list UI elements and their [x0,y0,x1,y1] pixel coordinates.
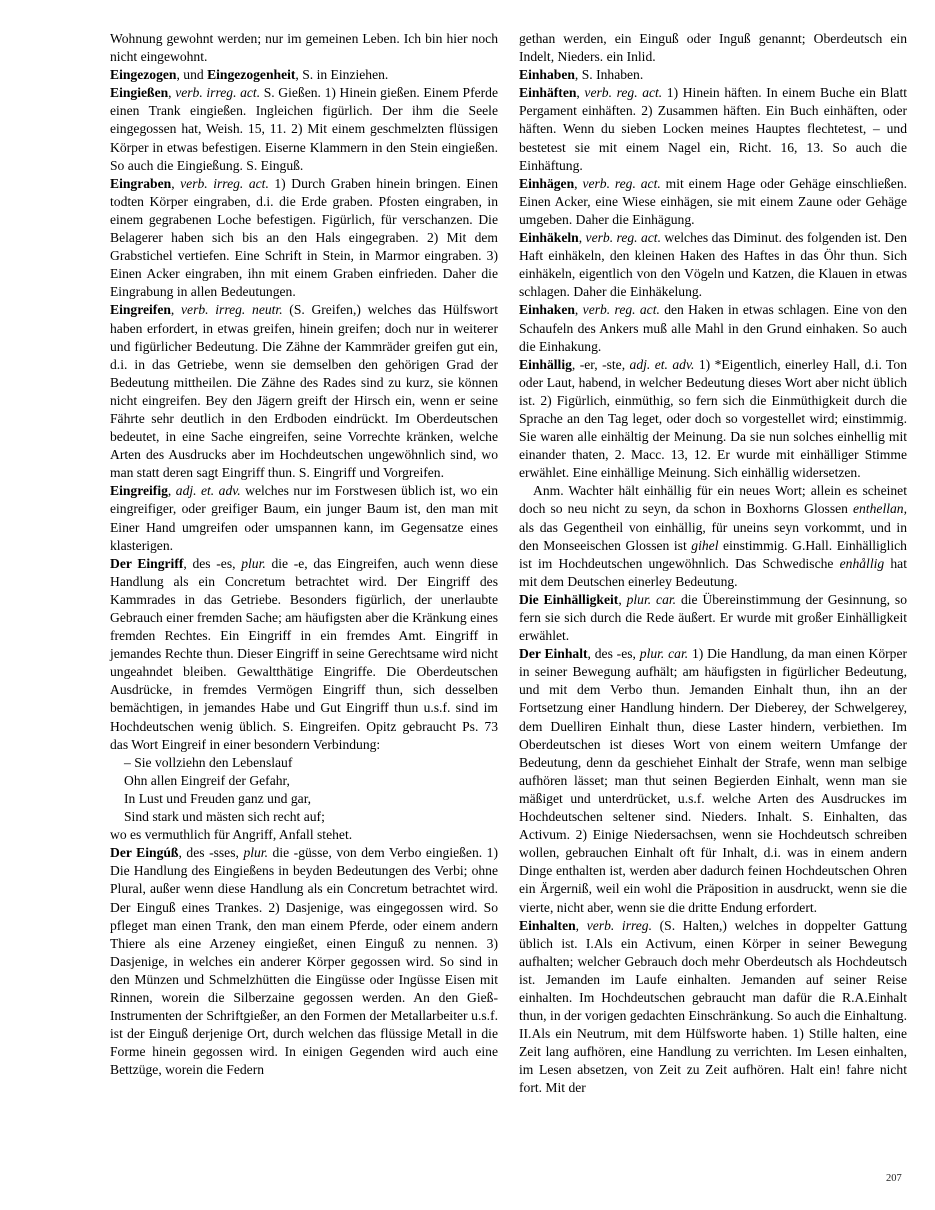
grammar-note: enhållig [840,556,885,571]
entry-text: Sind stark und mästen sich recht auf; [124,809,325,824]
grammar-note: verb. irreg. [587,918,652,933]
grammar-note: verb. irreg. act. [180,176,269,191]
entry-text: 1) Durch Graben hinein bringen. Einen to… [110,176,498,300]
headword: Eingreifen [110,302,171,317]
headword: Einhägen [519,176,574,191]
grammar-note: verb. reg. act. [584,85,662,100]
dictionary-entry: Der Einhalt, des -es, plur. car. 1) Die … [519,645,907,916]
entry-text: , [579,230,586,245]
dictionary-entry: Anm. Wachter hält einhällig für ein neue… [519,482,907,591]
entry-text: gethan werden, ein Einguß oder Inguß gen… [519,31,907,64]
entry-text: In Lust und Freuden ganz und gar, [124,791,311,806]
entry-text: Anm. Wachter hält einhällig für ein neue… [519,483,907,516]
headword: Einhalten [519,918,576,933]
entry-text: Ohn allen Eingreif der Gefahr, [124,773,290,788]
entry-text: , [576,918,587,933]
dictionary-entry: Einhällig, -er, -ste, adj. et. adv. 1) *… [519,356,907,483]
entry-text: die -güsse, von dem Verbo eingie­ßen. 1)… [110,845,498,1077]
grammar-note: adj. et. adv. [630,357,695,372]
entry-text: 1) Die Handlung, da man einen Körper in … [519,646,907,914]
grammar-note: verb. irreg. neutr. [181,302,283,317]
grammar-note: plur. car. [640,646,688,661]
headword: Eingießen [110,85,168,100]
headword: Die Einhälligkeit [519,592,618,607]
entry-text: , [618,592,626,607]
grammar-note: enthellan, [853,501,907,516]
dictionary-entry: Einhaken, verb. reg. act. den Haken in e… [519,301,907,355]
page-number: 207 [886,1173,902,1184]
entry-text: die -e, das Eingreifen, auch wenn diese … [110,556,498,752]
dictionary-entry: Einhalten, verb. irreg. (S. Halten,) wel… [519,917,907,1098]
entry-text: , S. Inhaben. [575,67,643,82]
headword: Der Eingriff [110,556,183,571]
grammar-note: verb. irreg. act. [175,85,260,100]
entry-text: – Sie vollziehn den Lebenslauf [124,755,292,770]
entry-text: , [171,176,180,191]
grammar-note: plur. [243,845,268,860]
entry-text: , -er, -ste, [572,357,630,372]
headword: Einhaben [519,67,575,82]
grammar-note: plur. car. [627,592,676,607]
entry-text: , S. in Einziehen. [295,67,388,82]
dictionary-entry: Der Eingúß, des -sses, plur. die -güsse,… [110,844,498,1079]
entry-text: 1) *Eigentlich, einerley Hall, d.i. Ton … [519,357,907,481]
headword: Einhaken [519,302,575,317]
grammar-note: plur. [241,556,266,571]
dictionary-entry: Wohnung gewohnt werden; nur im gemeinen … [110,30,498,66]
grammar-note: verb. reg. act. [586,230,661,245]
headword: Der Eingúß [110,845,179,860]
entry-text: (S. Greifen,) welches das Hülfswort habe… [110,302,498,480]
dictionary-entry: Einhäkeln, verb. reg. act. welches das D… [519,229,907,301]
entry-text: , und [176,67,207,82]
dictionary-entry: Eingraben, verb. irreg. act. 1) Durch Gr… [110,175,498,302]
dictionary-entry: wo es vermuthlich für Angriff, Anfall st… [110,826,498,844]
verse-line: – Sie vollziehn den Lebenslauf [110,754,498,772]
grammar-note: verb. reg. act. [582,176,660,191]
verse-line: Ohn allen Eingreif der Gefahr, [110,772,498,790]
dictionary-entry: gethan werden, ein Einguß oder Inguß gen… [519,30,907,66]
grammar-note: verb. reg. act. [583,302,660,317]
headword: Der Einhalt [519,646,588,661]
dictionary-entry: Die Einhälligkeit, plur. car. die Überei… [519,591,907,645]
right-column: gethan werden, ein Einguß oder Inguß gen… [519,30,907,1098]
headword: Einhäkeln [519,230,579,245]
verse-line: In Lust und Freuden ganz und gar, [110,790,498,808]
dictionary-entry: Eingezogen, und Eingezogenheit, S. in Ei… [110,66,498,84]
verse-line: Sind stark und mästen sich recht auf; [110,808,498,826]
dictionary-entry: Eingreifig, adj. et. adv. welches nur im… [110,482,498,554]
dictionary-entry: Eingießen, verb. irreg. act. S. Gießen. … [110,84,498,174]
entry-text: wo es vermuthlich für Angriff, Anfall st… [110,827,352,842]
grammar-note: adj. et. adv. [176,483,241,498]
entry-text: Wohnung gewohnt werden; nur im gemeinen … [110,31,498,64]
headword: Einhällig [519,357,572,372]
left-column: Wohnung gewohnt werden; nur im gemeinen … [110,30,498,1079]
entry-text: , des -es, [588,646,640,661]
entry-text: , [575,302,583,317]
entry-text: , des -es, [183,556,241,571]
entry-text: , des -sses, [179,845,244,860]
grammar-note: gihel [691,538,718,553]
dictionary-entry: Einhaben, S. Inhaben. [519,66,907,84]
headword: Eingraben [110,176,171,191]
dictionary-entry: Einhägen, verb. reg. act. mit einem Hage… [519,175,907,229]
entry-text: , [171,302,181,317]
dictionary-entry: Eingreifen, verb. irreg. neutr. (S. Grei… [110,301,498,482]
entry-text: (S. Halten,) welches in doppelter Gat­tu… [519,918,907,1096]
dictionary-entry: Einhäften, verb. reg. act. 1) Hinein häf… [519,84,907,174]
headword: Eingezogenheit [207,67,295,82]
dictionary-entry: Der Eingriff, des -es, plur. die -e, das… [110,555,498,754]
headword: Eingreifig [110,483,168,498]
headword: Einhäften [519,85,576,100]
entry-text: , [168,483,176,498]
headword: Eingezogen [110,67,176,82]
